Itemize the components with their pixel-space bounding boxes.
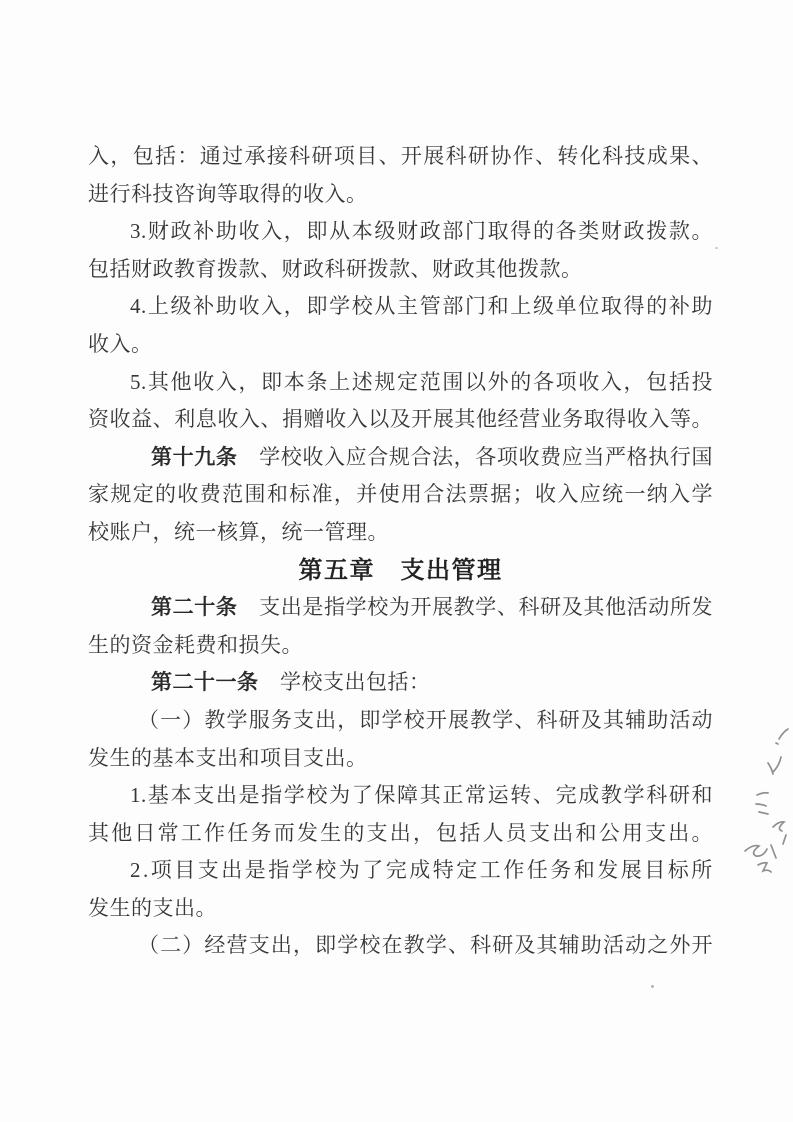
text-line: 收入。 <box>88 326 713 364</box>
text-line: 发生的基本支出和项目支出。 <box>88 740 713 778</box>
text-line: 1.基本支出是指学校为了保障其正常运转、完成教学科研和 <box>88 777 713 815</box>
article-text: 学校支出包括： <box>259 670 431 694</box>
handwritten-margin-note <box>735 705 793 900</box>
text-line-article-21: 第二十一条 学校支出包括： <box>88 664 713 702</box>
text-line: 2.项目支出是指学校为了完成特定工作任务和发展目标所 <box>88 852 713 890</box>
text-line: 校账户，统一核算，统一管理。 <box>88 514 713 552</box>
text-line-article-20: 第二十条 支出是指学校为开展教学、科研及其他活动所发 <box>88 589 713 627</box>
article-number: 第十九条 <box>151 445 237 469</box>
text-line: 4.上级补助收入，即学校从主管部门和上级单位取得的补助 <box>88 288 713 326</box>
text-line: 进行科技咨询等取得的收入。 <box>88 176 713 214</box>
text-line: 入，包括：通过承接科研项目、开展科研协作、转化科技成果、 <box>88 138 713 176</box>
text-line: 3.财政补助收入，即从本级财政部门取得的各类财政拨款。 <box>88 213 713 251</box>
article-text: 支出是指学校为开展教学、科研及其他活动所发 <box>237 595 713 619</box>
text-line: 包括财政教育拨款、财政科研拨款、财政其他拨款。 <box>88 251 713 289</box>
text-line: 家规定的收费范围和标准，并使用合法票据；收入应统一纳入学 <box>88 476 713 514</box>
article-text: 学校收入应合规合法，各项收费应当严格执行国 <box>237 445 713 469</box>
chapter-heading: 第五章 支出管理 <box>88 552 713 590</box>
dust-speck <box>715 247 718 249</box>
text-line: （一）教学服务支出，即学校开展教学、科研及其辅助活动 <box>88 702 713 740</box>
text-line: 生的资金耗费和损失。 <box>88 627 713 665</box>
document-text-block: 入，包括：通过承接科研项目、开展科研协作、转化科技成果、 进行科技咨询等取得的收… <box>88 138 713 965</box>
article-number: 第二十一条 <box>151 670 259 694</box>
scanned-page: 入，包括：通过承接科研项目、开展科研协作、转化科技成果、 进行科技咨询等取得的收… <box>0 0 793 1122</box>
text-line: 发生的支出。 <box>88 890 713 928</box>
text-line: 其他日常工作任务而发生的支出，包括人员支出和公用支出。 <box>88 815 713 853</box>
text-line: 资收益、利息收入、捐赠收入以及开展其他经营业务取得收入等。 <box>88 401 713 439</box>
text-line: （二）经营支出，即学校在教学、科研及其辅助活动之外开 <box>88 927 713 965</box>
dust-speck <box>651 985 654 988</box>
article-number: 第二十条 <box>151 595 237 619</box>
text-line: 5.其他收入，即本条上述规定范围以外的各项收入，包括投 <box>88 364 713 402</box>
text-line-article-19: 第十九条 学校收入应合规合法，各项收费应当严格执行国 <box>88 439 713 477</box>
